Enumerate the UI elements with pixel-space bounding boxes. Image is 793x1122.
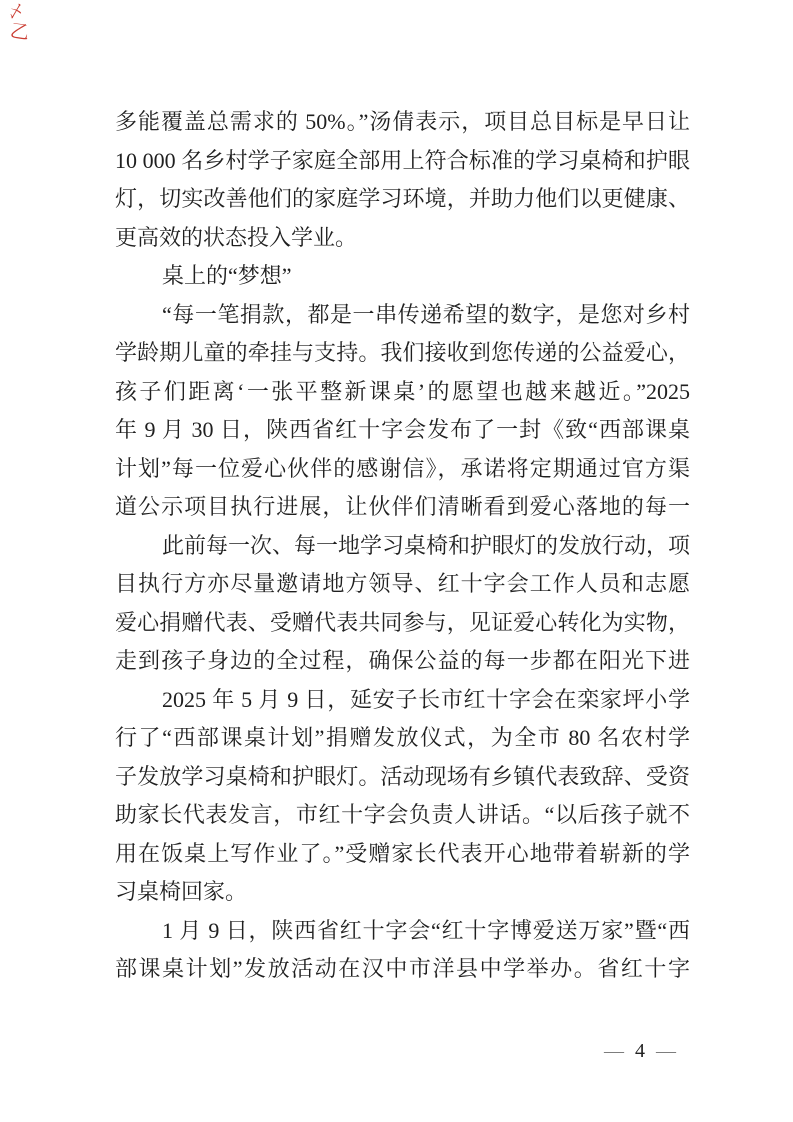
text-line: 1 月 9 日，陕西省红十字会“红十字博爱送万家”暨“西 bbox=[115, 912, 690, 951]
text-line: 习桌椅回家。 bbox=[115, 873, 690, 912]
text-line: 灯，切实改善他们的家庭学习环境，并助力他们以更健康、 bbox=[115, 180, 690, 219]
handwritten-red-marks: 乄 乙 bbox=[9, 4, 29, 42]
text-line: 年 9 月 30 日，陕西省红十字会发布了一封《致“西部课桌 bbox=[115, 411, 690, 450]
red-scribble-icon: 乙 bbox=[9, 22, 30, 43]
text-line: 子发放学习桌椅和护眼灯。活动现场有乡镇代表致辞、受资 bbox=[115, 758, 690, 797]
red-scribble-icon: 乄 bbox=[8, 2, 31, 21]
text-line: 多能覆盖总需求的 50%。”汤倩表示，项目总目标是早日让 bbox=[115, 103, 690, 142]
text-line: 部课桌计划”发放活动在汉中市洋县中学举办。省红十字会、 bbox=[115, 950, 690, 989]
footer-left-dash: — bbox=[604, 1040, 625, 1062]
page-number: 4 bbox=[635, 1040, 646, 1062]
page-footer: —4— bbox=[604, 1040, 677, 1063]
text-line: 用在饭桌上写作业了。”受赠家长代表开心地带着崭新的学 bbox=[115, 835, 690, 874]
text-line: 孩子们距离‘一张平整新课桌’的愿望也越来越近。”2025 bbox=[115, 373, 690, 412]
text-line: “每一笔捐款，都是一串传递希望的数字，是您对乡村 bbox=[115, 296, 690, 335]
text-line: 更高效的状态投入学业。 bbox=[115, 219, 690, 258]
text-line: 助家长代表发言，市红十字会负责人讲话。“以后孩子就不 bbox=[115, 796, 690, 835]
footer-right-dash: — bbox=[656, 1040, 677, 1062]
text-line: 桌上的“梦想” bbox=[115, 257, 690, 296]
text-line: 学龄期儿童的牵挂与支持。我们接收到您传递的公益爱心， bbox=[115, 334, 690, 373]
text-line: 走到孩子身边的全过程，确保公益的每一步都在阳光下进行。 bbox=[115, 642, 690, 681]
text-line: 此前每一次、每一地学习桌椅和护眼灯的发放行动，项 bbox=[115, 527, 690, 566]
text-line: 道公示项目执行进展，让伙伴们清晰看到爱心落地的每一步。 bbox=[115, 488, 690, 527]
text-line: 2025 年 5 月 9 日，延安子长市红十字会在栾家坪小学举 bbox=[115, 681, 690, 720]
text-line: 计划”每一位爱心伙伴的感谢信》，承诺将定期通过官方渠 bbox=[115, 450, 690, 489]
document-page: 乄 乙 多能覆盖总需求的 50%。”汤倩表示，项目总目标是早日让10 000 名… bbox=[0, 0, 793, 1122]
text-line: 10 000 名乡村学子家庭全部用上符合标准的学习桌椅和护眼 bbox=[115, 142, 690, 181]
text-line: 目执行方亦尽量邀请地方领导、红十字会工作人员和志愿者、 bbox=[115, 565, 690, 604]
text-line: 行了“西部课桌计划”捐赠发放仪式，为全市 80 名农村学 bbox=[115, 719, 690, 758]
document-body: 多能覆盖总需求的 50%。”汤倩表示，项目总目标是早日让10 000 名乡村学子… bbox=[115, 103, 690, 989]
text-line: 爱心捐赠代表、受赠代表共同参与，见证爱心转化为实物， bbox=[115, 604, 690, 643]
